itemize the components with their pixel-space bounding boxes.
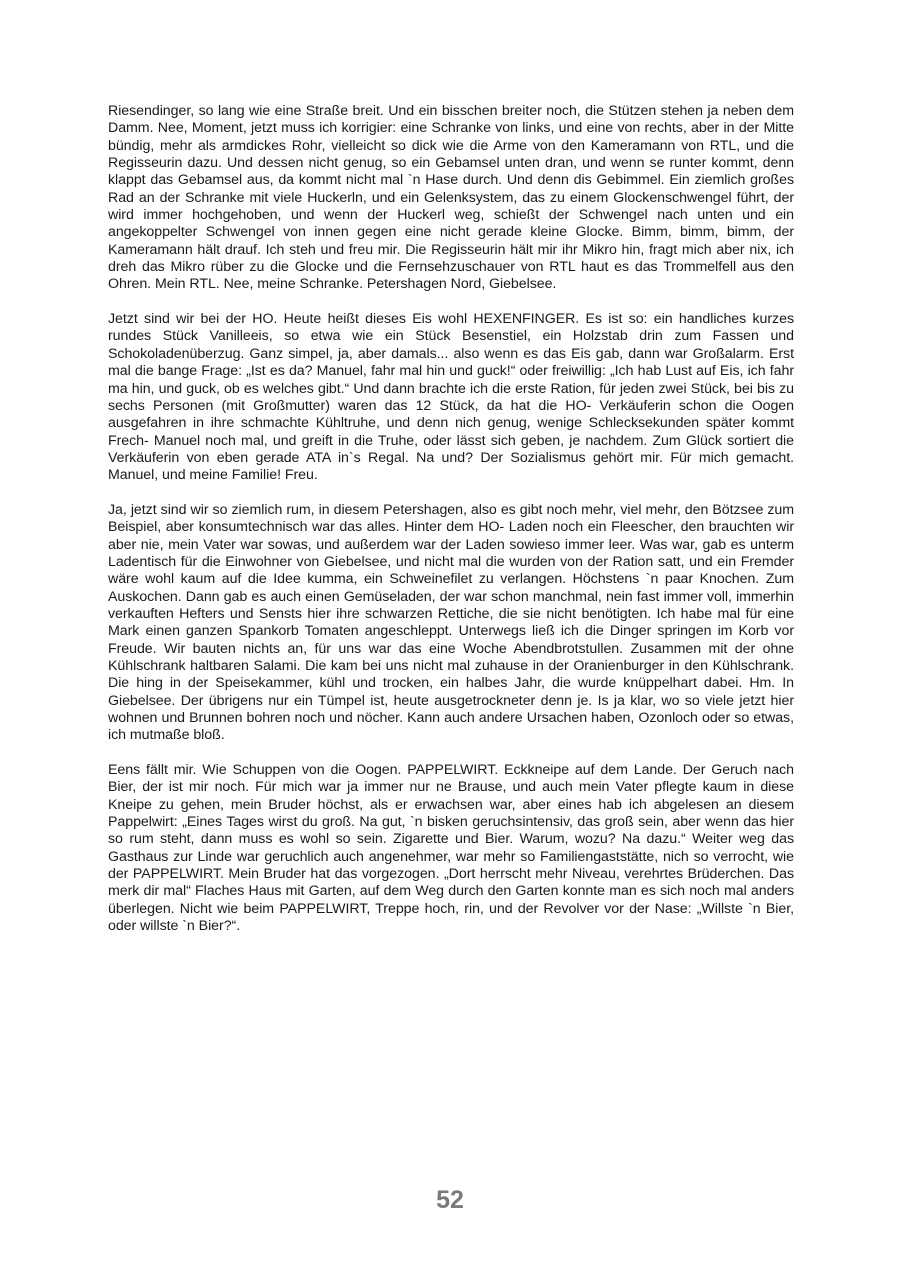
paragraph-petershagen-shops: Ja, jetzt sind wir so ziemlich rum, in d… [108,502,794,745]
paragraph-railway-barrier: Riesendinger, so lang wie eine Straße br… [108,103,794,294]
paragraph-ho-ice-cream: Jetzt sind wir bei der HO. Heute heißt d… [108,311,794,484]
paragraph-pappelwirt: Eens fällt mir. Wie Schuppen von die Oog… [108,762,794,935]
document-page: Riesendinger, so lang wie eine Straße br… [108,103,794,953]
page-number: 52 [0,1186,900,1215]
